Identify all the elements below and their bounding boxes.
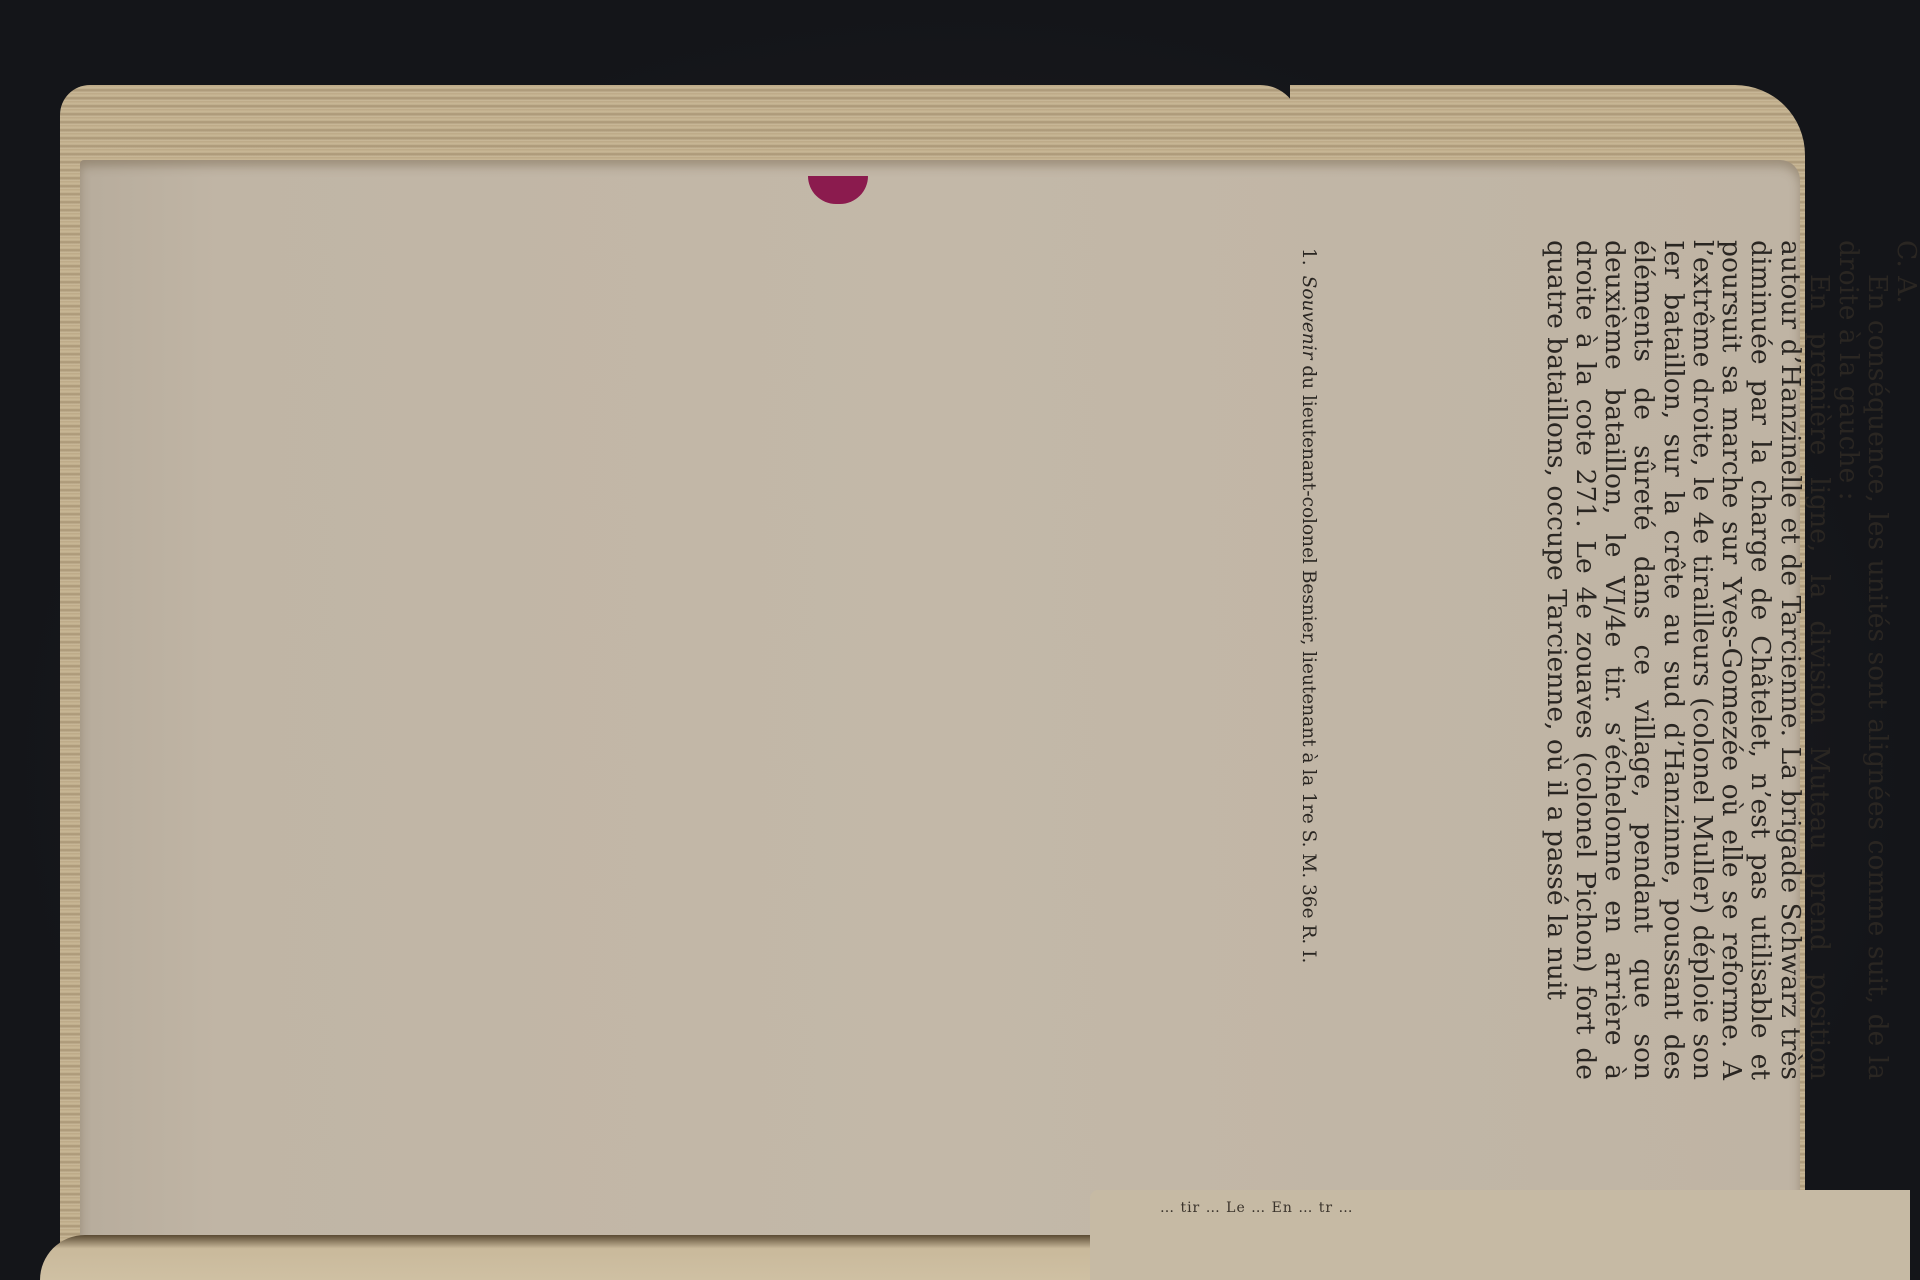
paragraph: En conséquence, les unités sont alignées… xyxy=(1834,240,1892,1080)
rotated-page-content: 316 LA BATAILLE DE CHARLEROI Ramenées da… xyxy=(1240,240,1920,1140)
footnote: 1.Souvenir du lieutenant-colonel Besnier… xyxy=(1296,240,1320,1080)
facing-page-text: … tir … Le … En … tr … xyxy=(1160,1200,1860,1270)
footnote-italic: Souvenir xyxy=(1298,276,1319,360)
page-body: Ramenées dans la soirée du 22 sur la lig… xyxy=(1542,240,1920,1080)
paragraph: Dans le même temps, l’ordre pour la cont… xyxy=(1892,240,1920,1080)
paragraph: En première ligne, la division Muteau pr… xyxy=(1542,240,1834,1080)
footnote-number: 1. xyxy=(1298,248,1319,266)
footnote-text: du lieutenant-colonel Besnier, lieutenan… xyxy=(1298,359,1319,963)
